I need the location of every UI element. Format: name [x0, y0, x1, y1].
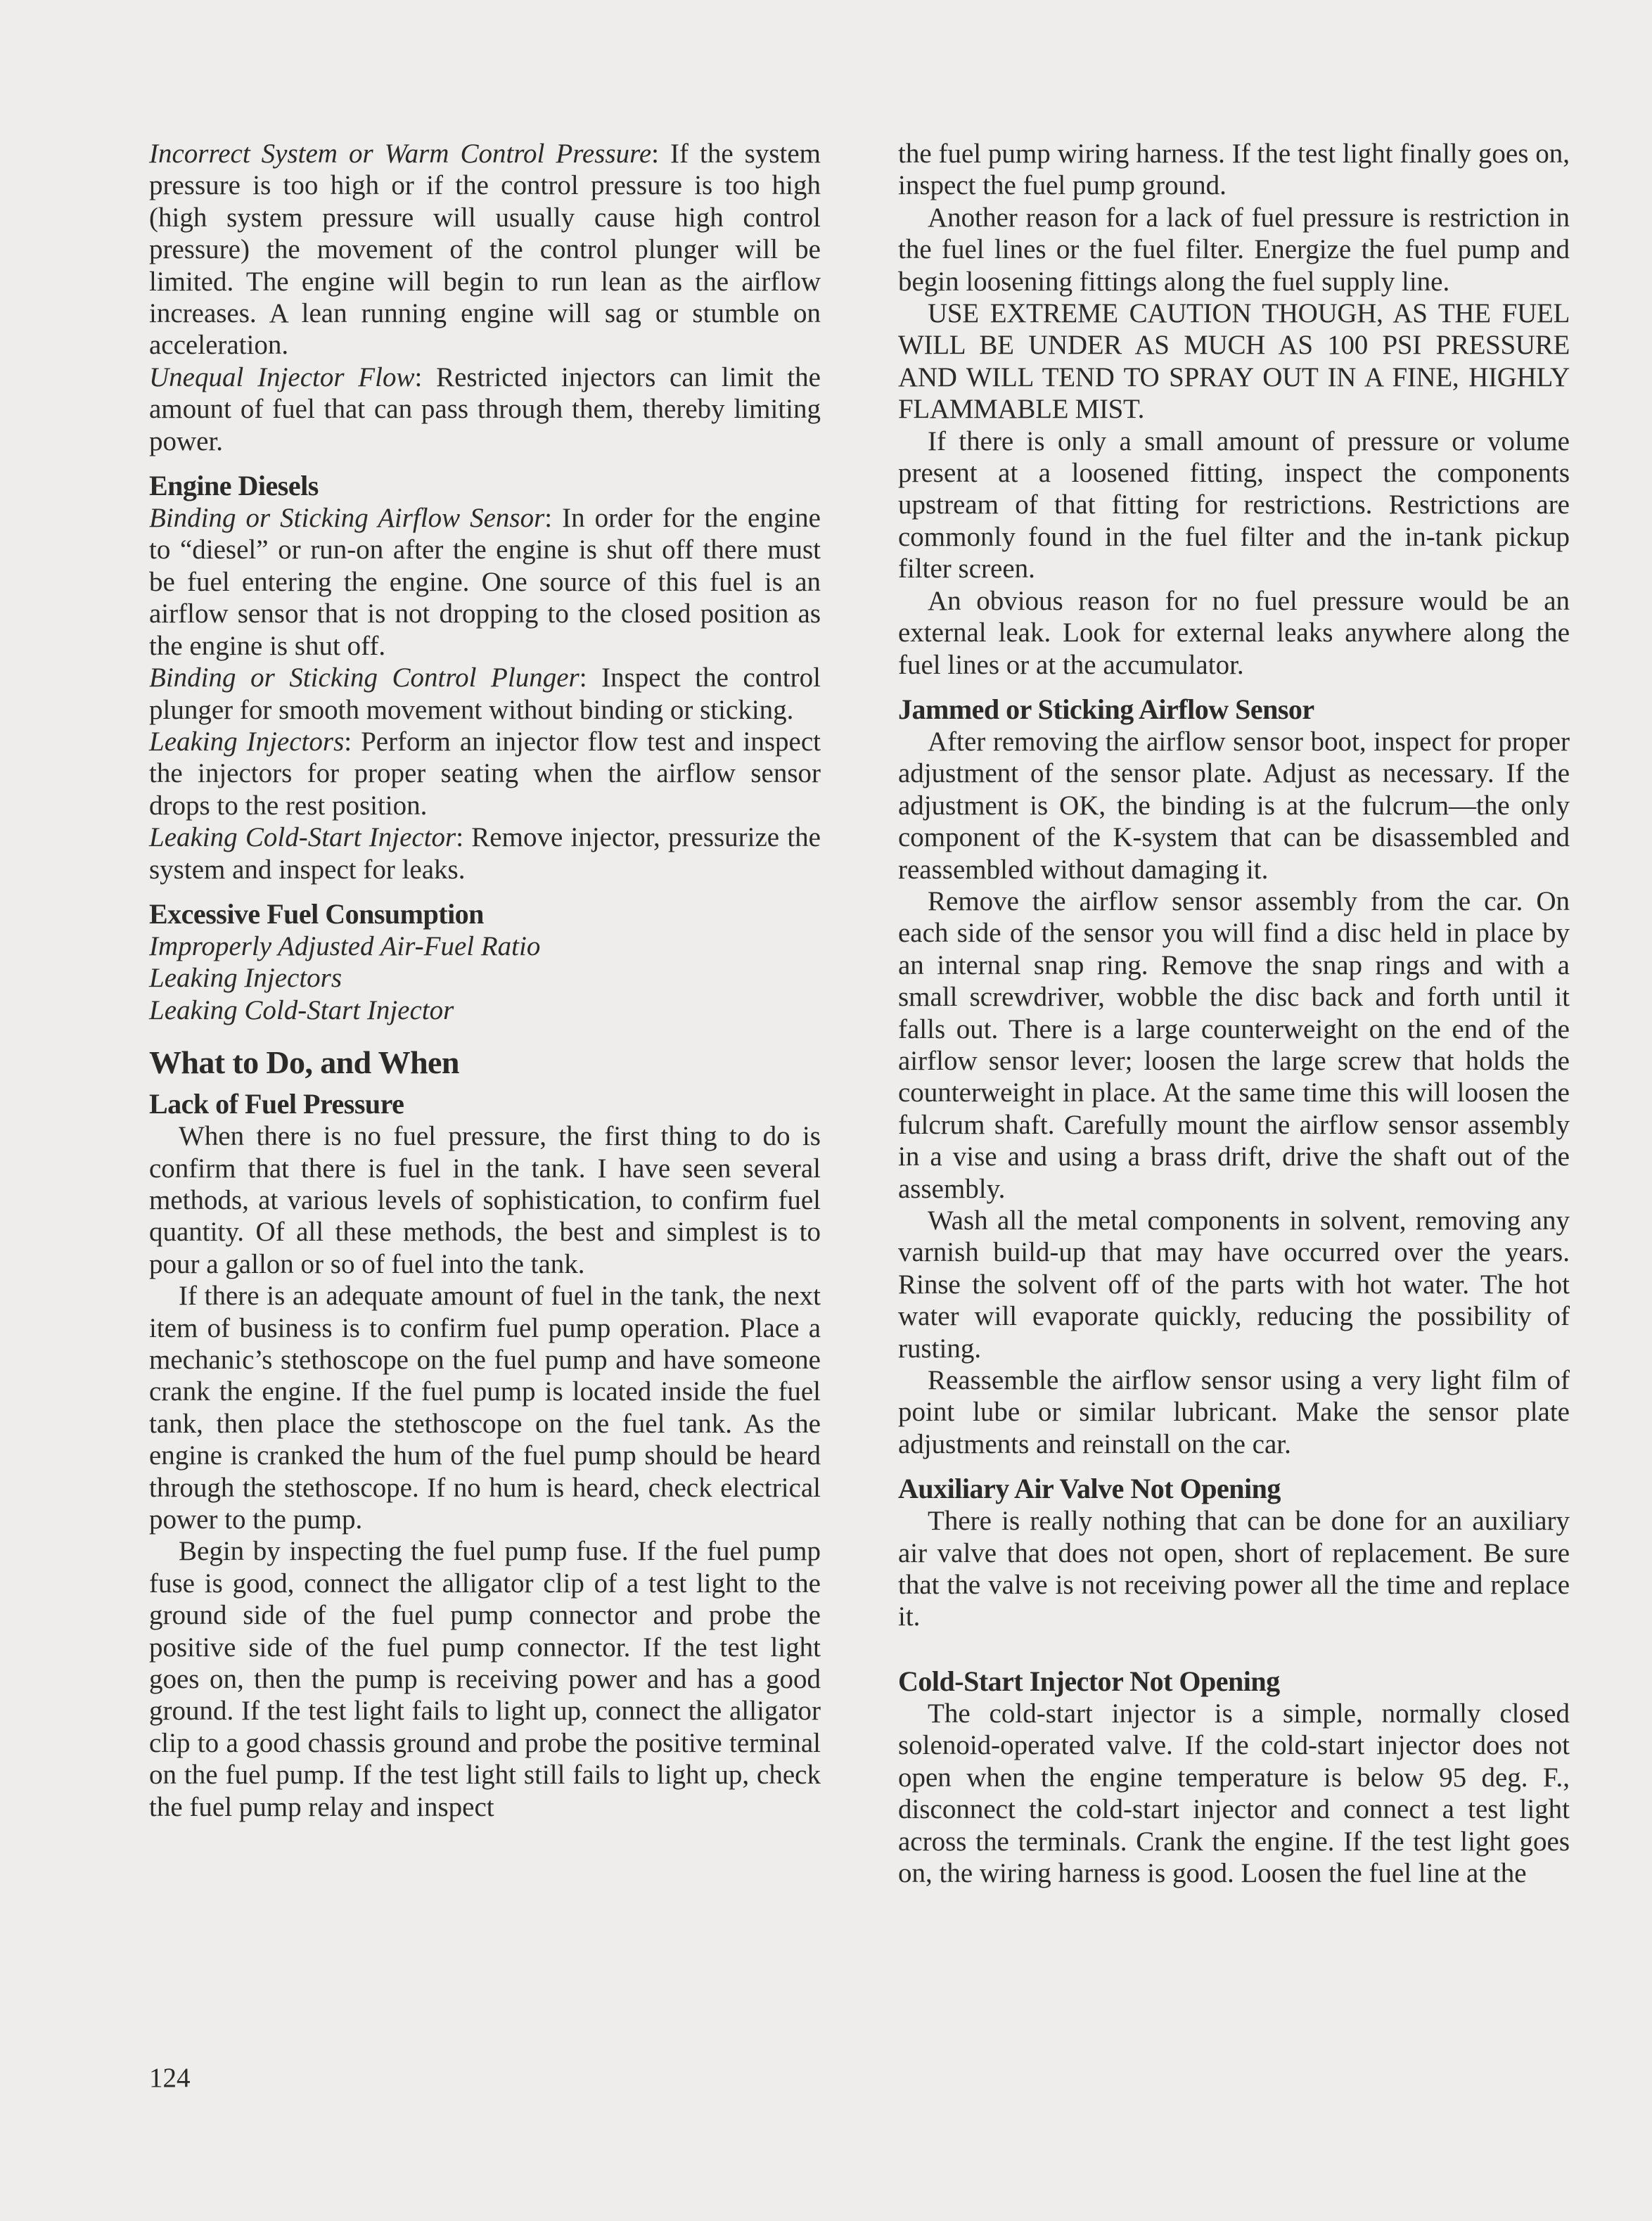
- term-label: Leaking Cold-Start Injector: [149, 822, 456, 852]
- heading-what-to-do: What to Do, and When: [149, 1044, 821, 1081]
- intro-paragraph-warm-control: Incorrect System or Warm Control Pressur…: [149, 138, 821, 361]
- heading-lack-of-fuel-pressure: Lack of Fuel Pressure: [149, 1088, 821, 1120]
- term-colon: :: [580, 663, 601, 693]
- term-colon: :: [414, 362, 436, 392]
- body-paragraph: Wash all the metal components in solvent…: [898, 1205, 1570, 1364]
- paragraph-text: If the system pressure is too high or if…: [149, 139, 821, 360]
- body-paragraph: Remove the airflow sensor assembly from …: [898, 885, 1570, 1205]
- left-column: Incorrect System or Warm Control Pressur…: [149, 138, 821, 1823]
- cause-item: Leaking Injectors: [149, 962, 821, 994]
- term-colon: :: [344, 727, 361, 757]
- term-colon: :: [544, 503, 562, 533]
- right-column: the fuel pump wiring harness. If the tes…: [898, 138, 1570, 1889]
- cause-item: Leaking Cold-Start Injector: [149, 994, 821, 1026]
- term-label: Leaking Injectors: [149, 727, 344, 757]
- heading-jammed-airflow-sensor: Jammed or Sticking Airflow Sensor: [898, 693, 1570, 726]
- body-paragraph: If there is only a small amount of press…: [898, 425, 1570, 585]
- caution-warning: USE EXTREME CAUTION THOUGH, AS THE FUEL …: [898, 297, 1570, 425]
- term-colon: :: [651, 139, 670, 169]
- cause-item: Improperly Adjusted Air-Fuel Ratio: [149, 930, 821, 962]
- diesel-item: Leaking Cold-Start Injector: Remove inje…: [149, 821, 821, 885]
- body-paragraph: When there is no fuel pressure, the firs…: [149, 1120, 821, 1280]
- body-paragraph: If there is an adequate amount of fuel i…: [149, 1280, 821, 1535]
- diesel-item: Leaking Injectors: Perform an injector f…: [149, 726, 821, 821]
- body-paragraph: There is really nothing that can be done…: [898, 1505, 1570, 1633]
- diesel-item: Binding or Sticking Airflow Sensor: In o…: [149, 502, 821, 662]
- heading-cold-start-injector: Cold-Start Injector Not Opening: [898, 1665, 1570, 1698]
- term-label: Binding or Sticking Control Plunger: [149, 663, 580, 693]
- term-label: Unequal Injector Flow: [149, 362, 414, 392]
- body-paragraph: An obvious reason for no fuel pressure w…: [898, 585, 1570, 681]
- intro-paragraph-injector-flow: Unequal Injector Flow: Restricted inject…: [149, 361, 821, 457]
- body-paragraph: The cold-start injector is a simple, nor…: [898, 1698, 1570, 1889]
- body-paragraph: Another reason for a lack of fuel pressu…: [898, 202, 1570, 297]
- heading-excessive-fuel: Excessive Fuel Consumption: [149, 898, 821, 930]
- body-paragraph: Reassemble the airflow sensor using a ve…: [898, 1364, 1570, 1460]
- heading-aux-air-valve: Auxiliary Air Valve Not Opening: [898, 1473, 1570, 1505]
- page-number: 124: [149, 2062, 191, 2094]
- term-label: Binding or Sticking Airflow Sensor: [149, 503, 544, 533]
- body-paragraph: After removing the airflow sensor boot, …: [898, 726, 1570, 885]
- heading-engine-diesels: Engine Diesels: [149, 470, 821, 502]
- term-colon: :: [456, 822, 471, 852]
- term-label: Incorrect System or Warm Control Pressur…: [149, 139, 651, 169]
- body-paragraph: Begin by inspecting the fuel pump fuse. …: [149, 1535, 821, 1823]
- diesel-item: Binding or Sticking Control Plunger: Ins…: [149, 662, 821, 726]
- continuation-paragraph: the fuel pump wiring harness. If the tes…: [898, 138, 1570, 202]
